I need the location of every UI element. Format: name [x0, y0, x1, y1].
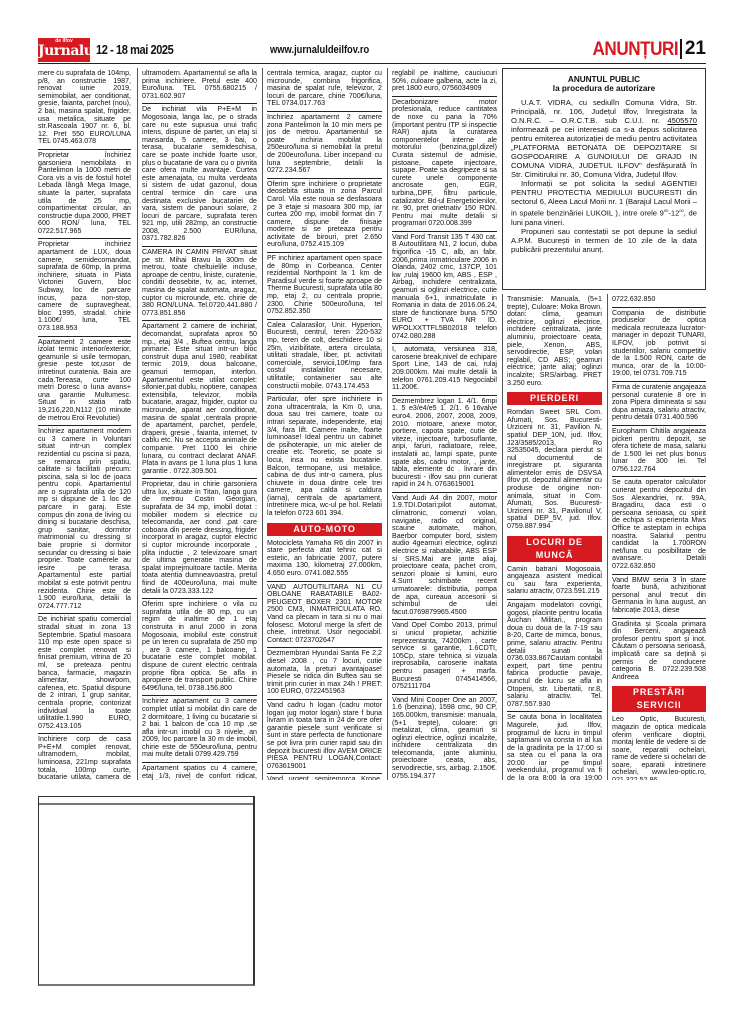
- classified-ad: Leo Optic, Bucuresti, magazin de optica …: [612, 714, 706, 780]
- classified-ad: I, automata, versiunea 318, caroserie br…: [392, 344, 497, 396]
- classified-ad: Europharm Chitila angajeaza pickeri pent…: [612, 426, 706, 478]
- classified-ad: Inchiriere corp de casa P+E+M complet re…: [38, 734, 131, 780]
- column-5: Transmisie: Manuala, (5+1 trepte), Culoa…: [502, 294, 602, 780]
- notice-text: informează pe cei interesați ca s-a depu…: [511, 125, 697, 179]
- classified-ad: Proprietar închiriez garsoniera nemobila…: [38, 150, 131, 240]
- classified-ad: Motocicleta Yamaha R6 din 2007 in stare …: [267, 538, 382, 582]
- classified-ad: Apartament spatios cu 4 camere, etaj 1/3…: [142, 763, 257, 780]
- section-header-pierderi: PIERDERI: [507, 392, 602, 405]
- page-number: 21: [680, 39, 706, 59]
- classified-ad: 0722.632.850: [612, 294, 706, 308]
- classified-ad: Gradinita și Școala primara din Berceni,…: [612, 619, 706, 685]
- classified-ad: ultramodern. Apartamentul se afla la pri…: [142, 68, 257, 104]
- classified-ad: Inchiriez apartamernt 2 camere zona Pant…: [267, 112, 382, 179]
- column-2: ultramodern. Apartamentul se afla la pri…: [137, 68, 257, 780]
- section-header-prestari-servicii: PRESTĂRI SERVICII: [612, 686, 706, 712]
- classified-ad: Romdan Sweet SRL Com. Afumati, Sos. Bucu…: [507, 407, 602, 534]
- newspaper-page: de Ilfov Jurnalul 12 - 18 mai 2025 www.j…: [38, 36, 706, 796]
- classified-ad: De inchiriat spatiu comercial stradal si…: [38, 614, 131, 734]
- classified-ad: Camin batrani Mogosoaia, angajeaza asist…: [507, 564, 602, 600]
- column-4: reglabil pe inaltime, cauciucuri 50%, cu…: [387, 68, 497, 780]
- classified-ad: CAMERA IN CAMIN PRIVAT situat pe str. Mi…: [142, 247, 257, 321]
- classified-ad: De inchiriat vila P+E+M in Mogosoaia, la…: [142, 104, 257, 247]
- public-notice-paragraph: U.A.T. VIDRA, cu sediulîn Comuna Vidra, …: [511, 98, 697, 179]
- classified-ad: Vand BMW seria 3 în stare foarte bună, a…: [612, 575, 706, 619]
- classified-ad: Particular, ofer spre inchiriere in zona…: [267, 394, 382, 521]
- website-link[interactable]: www.jurnaluldeilfov.ro: [270, 44, 369, 56]
- classified-ad: Angajam modelatori covrigi, gogosi, plac…: [507, 600, 602, 712]
- classified-ad: Apartament 2 camere este izolat termic i…: [38, 337, 131, 427]
- public-notice-box: ANUNTUL PUBLIC la procedura de autorizar…: [502, 68, 706, 290]
- column-3: centrala termica, aragaz, cuptor cu micr…: [262, 68, 382, 780]
- classified-ad: Inchiriez apartament modern cu 3 camere …: [38, 426, 131, 614]
- classified-ad: Decarbonizare motor profesionala, reduce…: [392, 97, 497, 232]
- classified-ad: Vand urgent semiremorca Krone, axa lifta…: [267, 774, 382, 780]
- classified-ad: Inchiriez apartament cu 3 camere complet…: [142, 696, 257, 763]
- classified-ad: PF inchiriez apartament open space de 80…: [267, 253, 382, 320]
- classified-ad: Compania de distributie produselor de op…: [612, 308, 706, 382]
- classified-ad: centrala termica, aragaz, cuptor cu micr…: [267, 68, 382, 112]
- classified-ad: Vand Audi A4 din 2007, motor 1.9.TDI.Dot…: [392, 493, 497, 621]
- classified-ad: Firma de curatenie angajeaza personal cu…: [612, 382, 706, 426]
- classified-ad: Proprietar, dau in chirie garsoniera ult…: [142, 479, 257, 599]
- public-notice-paragraph: Informații se pot solicita la sediul AGE…: [511, 179, 697, 227]
- classified-ad: Vand Opel Combo 2013, primul si unicul p…: [392, 620, 497, 694]
- cadastre: [38, 796, 254, 986]
- classified-ad: Dezmembrez logan 1. 4/1. 6mpi 1. 5 e3/e4…: [392, 396, 497, 493]
- issue-date: 12 - 18 mai 2025: [96, 42, 173, 57]
- classified-ad: Se cauta operator calculator curierat pe…: [612, 477, 706, 574]
- classified-ad: Vand cadru h logan (cadru motor logan ju…: [267, 700, 382, 774]
- classified-ad: Dezmembrari Hyundai Santa Fe 2,2 diesel …: [267, 648, 382, 700]
- cui-number: 4505570: [667, 116, 697, 125]
- page-header: de Ilfov Jurnalul 12 - 18 mai 2025 www.j…: [38, 36, 706, 64]
- classified-ad: Oferim spre inchiriere o vila cu suprafa…: [142, 599, 257, 696]
- section-header-locuri-de-munca: LOCURI DE MUNCĂ: [507, 536, 602, 562]
- notice-text: -12: [668, 209, 679, 218]
- classified-ad: Vand Mini Cooper One an 2007, 1.6 (benzi…: [392, 695, 497, 780]
- section-title: ANUNȚURI: [592, 39, 678, 61]
- classified-ad: Oferim spre inchiriere o proprietate deo…: [267, 179, 382, 253]
- classified-ad: Vand Ford Transit 135 T 430 cat. B Autou…: [392, 232, 497, 344]
- classified-ad: mere cu suprafata de 104mp, p/8, an cons…: [38, 68, 131, 150]
- column-6: 0722.632.850 Compania de distributie pro…: [607, 294, 706, 780]
- classified-ad: Calea Calarasilor, Unir. Hyperion, Bucur…: [267, 320, 382, 394]
- section-header-auto-moto: AUTO-MOTO: [267, 523, 382, 536]
- classified-ad: reglabil pe inaltime, cauciucuri 50%, cu…: [392, 68, 497, 97]
- public-notice-title: ANUNTUL PUBLIC: [511, 75, 697, 84]
- classified-ad: VAND AUTOUTILITARA N1 CU OBLOANE RABATAB…: [267, 582, 382, 649]
- classified-ad: Se cauta bona in localitatea Magurele, j…: [507, 712, 602, 780]
- classified-ad: Proprietar inchiriez apartament de LUX, …: [38, 239, 131, 336]
- logo-title: Jurnalul: [38, 44, 90, 59]
- public-notice-paragraph: Propuneri sau contestații se pot depune …: [511, 227, 697, 254]
- public-notice-subtitle: la procedura de autorizare: [511, 84, 697, 93]
- classified-ad: Transmisie: Manuala, (5+1 trepte), Culoa…: [507, 294, 602, 390]
- column-1: mere cu suprafata de 104mp, p/8, an cons…: [38, 68, 131, 780]
- classified-ad: Apartament 2 camere de inchiriat, decoma…: [142, 321, 257, 479]
- newspaper-logo: de Ilfov Jurnalul: [38, 38, 90, 62]
